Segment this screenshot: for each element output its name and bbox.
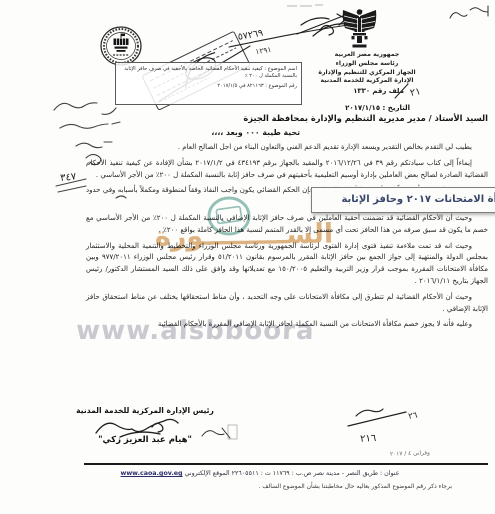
scanned-letter-page: جمهورية مصر العربية رئاسة مجلس الوزراء ا…	[0, 0, 495, 514]
letterhead-authority: رئاسة مجلس الوزراء	[303, 60, 431, 69]
bottom-handwritten-marks: ٢٦ ٢١٦	[346, 400, 442, 452]
file-number-handwriting: ٢١	[392, 80, 430, 104]
corner-handwritten-marks	[444, 2, 494, 28]
footer-website-link: www.caoa.gov.eg	[121, 470, 183, 477]
letter-date: التاريخ : ٢٠١٧/١/١٥	[334, 104, 410, 112]
signature-handwriting	[92, 413, 210, 441]
subject-number-line: رقم الموضوع : ٨٢١١٦٣ في ٢٠١٧/١/٥	[120, 83, 297, 90]
svg-text:٢١: ٢١	[409, 86, 422, 99]
signature-side-scribble	[198, 422, 240, 446]
reference-side-note: وفرانى ٤ / ٢٠١٧	[390, 450, 430, 457]
paragraph-2: إيماءاً إلى كتاب سيادتكم رقم ٣٩ في ٢٠١٦/…	[86, 158, 488, 182]
paragraph-4: وحيث أن الأحكام القضائية قد تضمنت أحقية …	[86, 213, 488, 237]
subject-info-box: اسم الموضوع : كيفية تنفيذ الأحكام القضائ…	[115, 62, 302, 105]
paragraph-6: وحيث أن الأحكام القضائية لم تتطرق إلى مك…	[86, 292, 488, 316]
top-handwritten-marks: ٥٧٢٦٩ ١٢٩١	[225, 0, 363, 58]
footer-note: برجاء ذكر رقم الموضوع المذكور بعاليه حال…	[200, 483, 452, 490]
subject-name-line: اسم الموضوع : كيفية تنفيذ الأحكام القضائ…	[120, 66, 297, 79]
svg-text:٢٦: ٢٦	[408, 410, 419, 422]
recipient-line: السيد الأستاذ / مدير مديرية التنظيم والإ…	[86, 112, 488, 124]
svg-text:٢١٦: ٢١٦	[360, 433, 377, 445]
svg-text:٣٤٧: ٣٤٧	[60, 171, 78, 184]
floating-caption-box: أة الامتحانات ٢٠١٧ وحافز الإثابة	[311, 187, 495, 213]
paragraph-1: يطيب لي التقدم بخالص التقدير ويسعد الإدا…	[86, 142, 488, 154]
svg-text:١٢٩١: ١٢٩١	[255, 45, 272, 56]
letterhead-agency: الجهاز المركزي للتنظيم والإدارة	[303, 69, 431, 78]
paragraph-7: وعليه فأنه لا يجوز خصم مكافأة الامتحانات…	[86, 319, 488, 331]
salutation-line: تحية طيبة ٠٠٠ وبعد ،،،،	[86, 127, 300, 139]
footer-address: عنوان : طريق النصر - مدينة نصر ص.ب : ١١٧…	[185, 470, 400, 477]
footer-address-row: عنوان : طريق النصر - مدينة نصر ص.ب : ١١٧…	[60, 470, 460, 477]
footer-divider	[84, 463, 488, 465]
letter-body: السيد الأستاذ / مدير مديرية التنظيم والإ…	[86, 112, 488, 335]
paragraph-5: وحيث انه قد تمت ملاءمة تنفيذ فتوى إدارة …	[86, 241, 488, 288]
